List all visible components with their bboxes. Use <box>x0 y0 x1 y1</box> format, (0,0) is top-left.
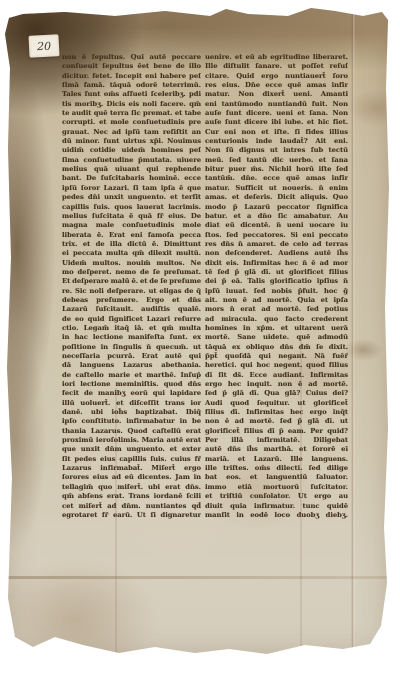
text-line: diuit quia infirmatur. tunc quidē <box>205 502 348 511</box>
text-line: dī ſit ds̄. Ecce audiant. Infirmitas <box>205 371 348 380</box>
text-line: debeas preſumere. Ergo et dn̄s <box>62 296 201 305</box>
text-line: Ille diſtulit ſanare. ut poſſet reſuſ <box>205 62 348 71</box>
text-line: conſueuit ſepultus ēet bene de illo <box>62 62 201 71</box>
text-line: Cur eni non et iſte. ſi fides illius <box>205 128 348 137</box>
text-line: tāquā ex obliquo dn̄s dm̄ ſe dixit. <box>205 343 348 352</box>
text-line: dū minor. ſunt uirtus xp̄i. Nouimus <box>62 137 201 146</box>
text-line: res dn̄s n̄ amaret. de celo ad terras <box>205 240 348 249</box>
text-line: Non ſū dignus ut intres ſub tectū <box>205 146 348 155</box>
text-line: capillis ſuis. quos lauerat lacrimis. <box>62 203 201 212</box>
text-line: in hac lectione manifeſta ſunt. ex <box>62 333 201 342</box>
text-line: neceſſaria pcurrā. Erat autē qui <box>62 352 201 361</box>
text-line: proximū ieroſolimis. Maria autē erat <box>62 436 201 445</box>
text-line: fecit de manibʒ eorū qui lapidare <box>62 389 201 398</box>
text-line: Per illā infirmitatē. Diligebat <box>205 436 348 445</box>
text-line: matur. Non dixert̄ ueni. Amanti <box>205 90 348 99</box>
text-line: corrupti. et mole conſuetudinis pre <box>62 118 201 127</box>
text-line: uenire. et eū ab egritudine liberaret. <box>205 53 348 62</box>
text-line: non ē ad mortē. ſed p̄ glā dī. ut <box>205 417 348 426</box>
text-line: illū uoluert̄. et diſceſſit trans ior <box>62 399 201 408</box>
text-line: res eius. Dn̄e ecce quē amas infir <box>205 81 348 90</box>
text-line: citare. Quid ergo nuntiauert̄ ſoro <box>205 72 348 81</box>
text-column-left: non ē ſepultus. Qui autē peccareconſueui… <box>62 53 201 523</box>
text-line: diat eū dicentē. n̄ ueni uocare iu <box>205 221 348 230</box>
text-line: mo deſperet. nemo de ſe preſumat. <box>62 268 201 277</box>
text-line: poſitione in ſingulis n̄ quecum̄. ut <box>62 343 201 352</box>
text-line: auſe ſunt dicere. ueni et ſana. Non <box>205 109 348 118</box>
text-line: ſima conſuetudine p̄mutata. uiuere <box>62 156 201 165</box>
text-line: te audit quē terra ſic premat. et tabe <box>62 109 201 118</box>
text-line: ſed p̄ glā dī. Qua glā? Cuius dei? <box>205 389 348 398</box>
text-line: ctio. Legam̄ itaq̄ iā. et qm̄ multa <box>62 324 201 333</box>
manuscript-photo: 20 non ē ſepultus. Qui autē peccareconſu… <box>0 0 400 673</box>
text-line: autē dn̄s ih̄s marthā. et ſororē eī <box>205 445 348 454</box>
text-line: et triſtiū conſolator. Ut ergo au <box>205 492 348 501</box>
text-line: tellagim̄ quo miſert̄. ubi erat dn̄s. <box>62 483 201 492</box>
text-line: bant. De ſuſcitabaris hominē. ecce <box>62 174 201 183</box>
text-line: batur. et a dn̄o ſic amabatur. Au <box>205 212 348 221</box>
text-line: dei p̄ eā. Talis glorificatio ipſius n̄ <box>205 277 348 286</box>
text-line: ei peccata multa qm̄ dilexit multū. <box>62 249 201 258</box>
text-line: cet miſert̄ ad dn̄m. nuntiantes qd̄ <box>62 502 201 511</box>
text-line: ſorores eius ad eū dicentes. Jam in <box>62 473 201 482</box>
text-line: trix. et de illa dictū ē. Dimittunt <box>62 240 201 249</box>
text-line: dixit eis. Infirmitas hec n̄ ē ad mor <box>205 259 348 268</box>
folio-number: 20 <box>37 39 51 52</box>
text-line: ſit pedes eius capillis ſuis. cuius fr̄ <box>62 455 201 464</box>
text-line: auſe ſunt dicere ibi iube. et hic fiet. <box>205 118 348 127</box>
text-line: glorificet̄ filius dī p̄ eam. Per quid? <box>205 427 348 436</box>
text-line: pedes dn̄i unxit unguento. et terſit <box>62 193 201 202</box>
text-line: ergo hec inquit. non ē ad mortē. <box>205 380 348 389</box>
text-line: non deſcenderet. Audiens autē ih̄s <box>205 249 348 258</box>
text-line: modo p̄ Lazarū peccator ſignifica <box>205 203 348 212</box>
text-line: immo etiā mortuorū ſuſcitator. <box>205 483 348 492</box>
fold-crease-vertical <box>351 8 355 656</box>
text-line: melius ſuſcitata ē quā fr̄ eius. De <box>62 212 201 221</box>
text-line: non ē ſepultus. Qui autē peccare <box>62 53 201 62</box>
text-line: magna male conſuetudinis mole <box>62 221 201 230</box>
text-line: bitur puer m̄s. Nichil horū iſte ſed <box>205 165 348 174</box>
text-line: bat eos. et languentiū ſaluator. <box>205 473 348 482</box>
text-line: Lazarus infirmabat̄. Miſert̄ ergo <box>62 464 201 473</box>
text-line: Et deſperare malū ē. et de ſe preſume <box>62 277 201 286</box>
text-line: mortē. Sane uidete. quē admodū <box>205 333 348 342</box>
text-line: dicitur. fetet. Incepit eni habere peſ <box>62 72 201 81</box>
text-line: de caſtello marie et marthē. Inſup̄ <box>62 371 201 380</box>
text-line: heretici. qui hoc negent. quod filius <box>205 361 348 370</box>
text-line: p̄pt̄ quoſdā qui negant. Nā fuēr̄ <box>205 352 348 361</box>
text-line: ait. non ē ad mortē. Quia et ipſa <box>205 296 348 305</box>
text-line: uidim̄ cotidie uidem̄ homines peſ <box>62 146 201 155</box>
text-line: ipſū iuuat. ſed nobis p̄fuit. hoc ḡ <box>205 287 348 296</box>
text-line: que unxit dn̄m unguento. et exter <box>62 445 201 454</box>
text-line: danē. ubi ioh̄s baptizabat. Ibiq̄ <box>62 408 201 417</box>
text-line: eni tantūmodo nuntiandū fuit. Non <box>205 100 348 109</box>
text-column-right: uenire. et eū ab egritudine liberaret.Il… <box>205 53 348 523</box>
text-line: tē ſed p̄ glā dī. ut glorificet filius <box>205 268 348 277</box>
text-line: ipſo conſtituto. infirmabatur in be <box>62 417 201 426</box>
text-line: melius quā uiuant qui rephende <box>62 165 201 174</box>
text-line: de eo quid ſignificet Lazari reſurre <box>62 315 201 324</box>
text-line: amas. et deſeris. Dicit aliquis. Quo <box>205 193 348 202</box>
text-line: ille triſtes. om̄s dilecti. ſed dilige <box>205 464 348 473</box>
text-line: mariā. et Lazarū. Ille languens. <box>205 455 348 464</box>
text-line: ad miracula. quo facto crederent <box>205 315 348 324</box>
text-line: Uidem̄ multos. nouim̄ multos. Ne <box>62 259 201 268</box>
text-line: qm̄ abſens erat. Trans iordanē ſcili <box>62 492 201 501</box>
folio-number-label: 20 <box>28 34 59 58</box>
parchment-page: 20 non ē ſepultus. Qui autē peccareconſu… <box>5 8 390 656</box>
text-line: re. Sic noli deſperare. ut eligas de q̄ <box>62 287 201 296</box>
text-line: filius dī. Infirmitas hec ergo inq̄t <box>205 408 348 417</box>
text-line: Tales ſunt om̄s aſſueti ſceleribʒ. pdi <box>62 90 201 99</box>
text-line: ſimā famā. tāquā odorē teterrimū. <box>62 81 201 90</box>
text-line: mors n̄ erat ad mortē. ſed potius <box>205 305 348 314</box>
text-line: matur. Sufficit ut noueris. n̄ enim <box>205 184 348 193</box>
text-line: tis moribʒ. Dicis eis noli facere. qm̄ <box>62 100 201 109</box>
text-line: thania Lazarus. Quod caſtellū erat <box>62 427 201 436</box>
text-line: ipſū ſoror Lazari. ſi tam ipſa ē que <box>62 184 201 193</box>
text-line: meū. ſed tantū dic uerbo. et ſana <box>205 156 348 165</box>
text-line: tantūm̄. dn̄e. ecce quē amas infir <box>205 174 348 183</box>
text-line: homines in xp̄m. et uitarent uerā <box>205 324 348 333</box>
text-line: Lazarū ſuſcitauit. audiſtis qualē. <box>62 305 201 314</box>
text-line: Audi quod ſequitur. ut glorificet̄ <box>205 399 348 408</box>
text-line: egrotaret fr̄ earū. Ut ſi dignaretur <box>62 511 201 520</box>
text-line: centurionis inde laudat̄? Ait eni. <box>205 137 348 146</box>
text-line: manſit in eodē loco duobʒ diebʒ. <box>205 511 348 520</box>
text-line: ſtos. ſed peccatores. Si eni peccato <box>205 231 348 240</box>
text-line: iori lectione meminiſtis. quod dn̄s <box>62 380 201 389</box>
text-block: non ē ſepultus. Qui autē peccareconſueui… <box>62 53 348 523</box>
fold-crease-horizontal <box>5 576 390 579</box>
text-line: dā languens Lazarus abethania. <box>62 361 201 370</box>
text-line: liberata ē. Erat eni famoſa pecca <box>62 231 201 240</box>
text-line: grauat. Nec ad ipſū tam reſiſtit an <box>62 128 201 137</box>
